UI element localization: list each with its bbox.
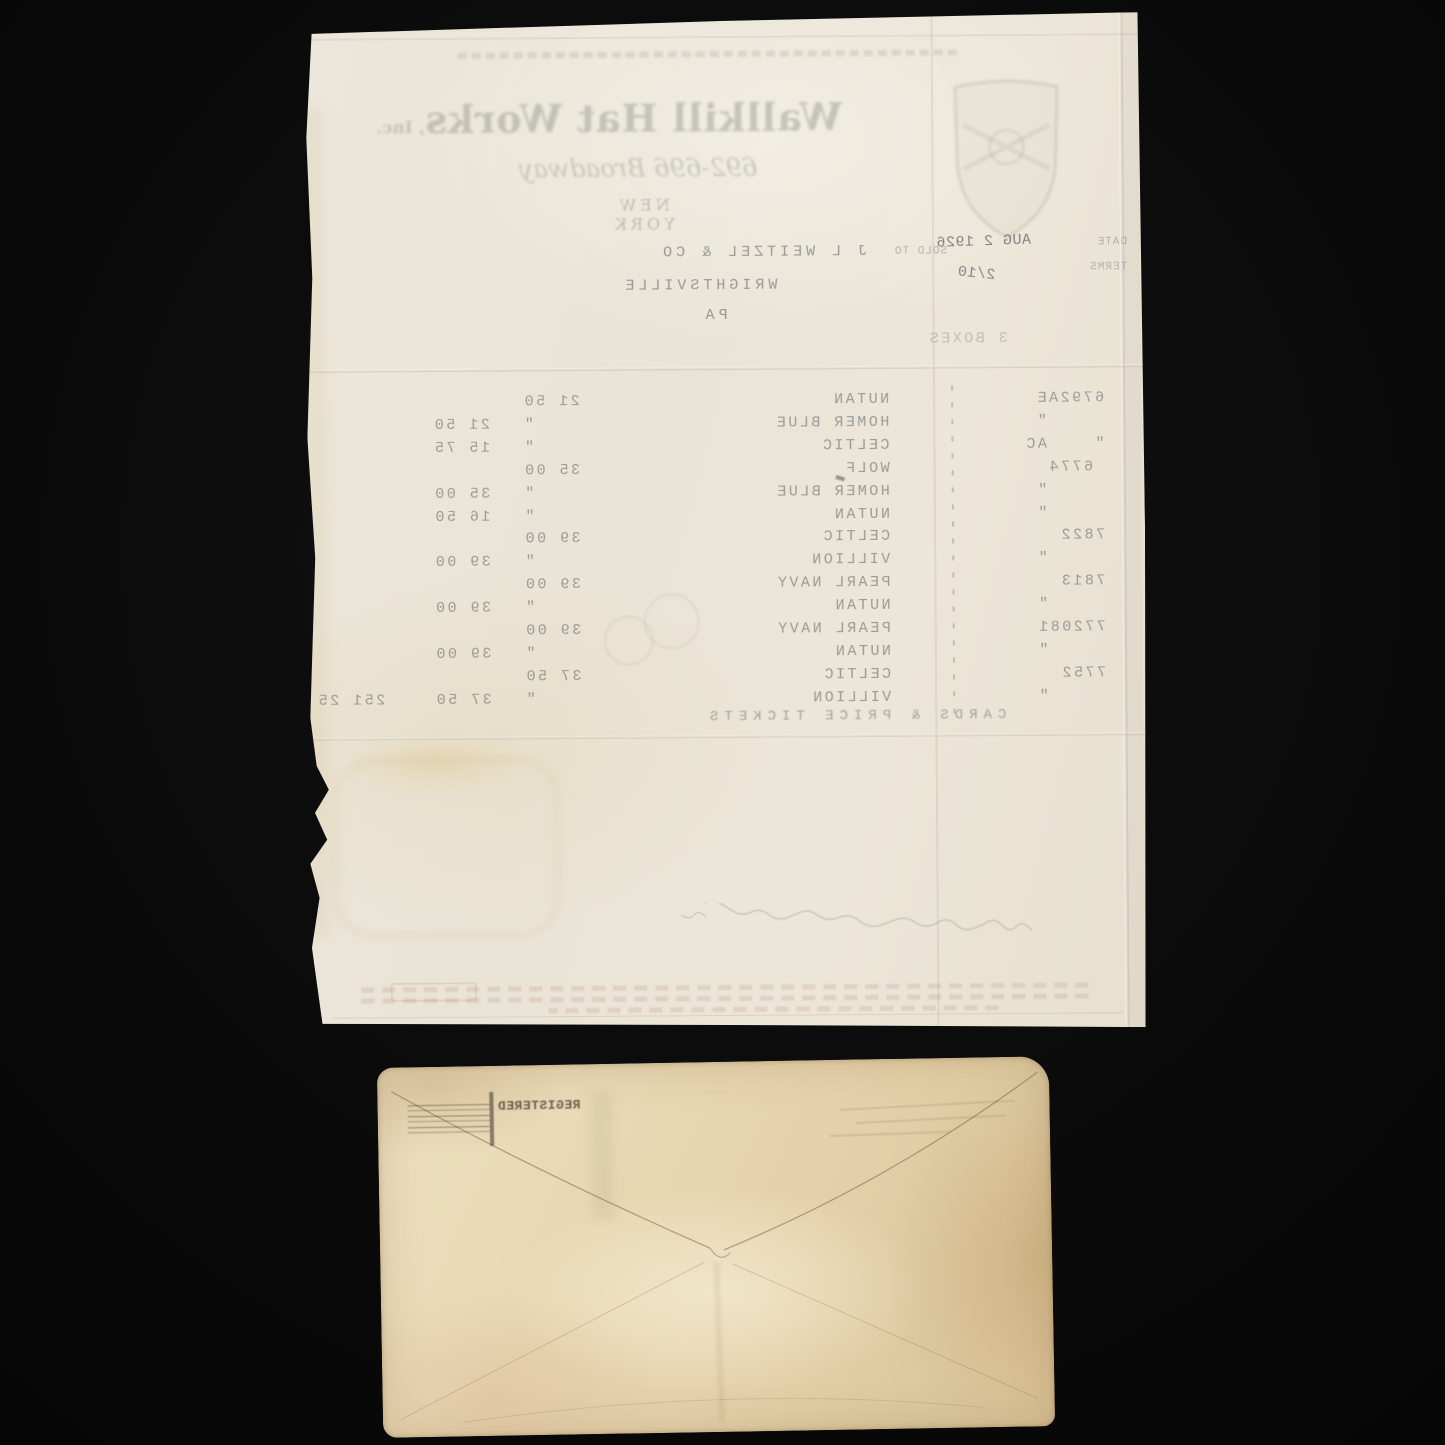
table-row: 772081PEARL NAVY39 00 — [306, 618, 1146, 644]
cell-amount — [432, 394, 508, 395]
cell-desc: VILLION — [715, 551, 890, 569]
letterhead-fineprint-smudge — [457, 49, 957, 58]
envelope-smudge — [590, 1092, 614, 1220]
envelope-back: REGISTERED — [377, 1056, 1055, 1438]
table-row: 7813PEARL NAVY39 00 — [305, 572, 1145, 598]
cell-price: " — [523, 507, 605, 525]
table-row: "HOMER BLUE"35 00 — [305, 481, 1145, 507]
cell-total — [315, 486, 400, 487]
cell-desc: NUTAN — [716, 597, 891, 615]
cell-style: " — [955, 550, 1105, 568]
cell-desc: VILLION — [716, 689, 891, 707]
cell-amount: 39 00 — [434, 645, 510, 663]
table-row: "HOMER BLUE"21 50 — [304, 412, 1144, 438]
terms-fineprint-smudge — [548, 1005, 998, 1013]
cell-desc: CELTIC — [716, 666, 891, 684]
table-row: "NUTAN"16 50 — [305, 504, 1145, 530]
invoice-sheet-back: Wallkill Hat Works, Inc. 692-696 Broadwa… — [301, 12, 1148, 1033]
cell-amount — [434, 668, 510, 669]
table-row: " ACCELTIC"15 75 — [304, 435, 1144, 461]
cell-amount: 16 50 — [433, 508, 509, 526]
cell-style: " — [955, 504, 1105, 522]
date-value: AUG 2 1926 — [936, 232, 1032, 252]
cell-price: " — [522, 416, 604, 434]
packages-note: 3 BOXES — [927, 330, 1008, 348]
table-row: "NUTAN"39 00 — [306, 595, 1146, 621]
paper-stain-outline — [332, 756, 562, 940]
table-row: 7752CELTIC37 50 — [306, 664, 1146, 690]
cell-total — [316, 623, 401, 624]
cell-total — [316, 600, 401, 601]
cell-price: 37 50 — [524, 668, 606, 686]
cell-amount: 35 00 — [433, 485, 509, 503]
table-row: "VILLION"39 00 — [305, 549, 1145, 575]
cell-total — [315, 555, 400, 556]
cell-style: " — [956, 641, 1106, 659]
table-row: "NUTAN"39 00 — [306, 641, 1146, 667]
cell-desc: CELTIC — [715, 528, 890, 546]
cell-desc: CELTIC — [714, 437, 889, 455]
cell-total — [315, 577, 400, 578]
cell-desc: PEARL NAVY — [715, 574, 890, 592]
cell-price: 21 50 — [522, 393, 604, 411]
cell-style: 7822 — [955, 527, 1105, 545]
company-name-text: Wallkill Hat Works — [424, 94, 842, 142]
cell-price: 35 00 — [523, 462, 605, 480]
cell-price: 39 00 — [524, 622, 606, 640]
letterhead-crest-icon — [945, 73, 1068, 246]
table-row: 6774WOLF35 00 — [305, 458, 1145, 484]
cell-total — [315, 463, 400, 464]
table-row: 7822CELTIC39 00 — [305, 526, 1145, 552]
cell-style: " AC — [954, 435, 1104, 453]
cell-style: 7813 — [955, 573, 1105, 591]
cell-price: " — [523, 553, 605, 571]
cell-style: " — [954, 412, 1104, 430]
cell-style: 6774 — [955, 458, 1105, 476]
terms-value: 2/10 — [957, 263, 996, 284]
table-footer-note: CARDS & PRICE TICKETS — [704, 707, 1007, 725]
cell-price: " — [524, 645, 606, 663]
company-city: NEW YORK — [583, 195, 703, 234]
cell-total — [314, 394, 399, 395]
cell-total — [315, 509, 400, 510]
registered-stamp-text: REGISTERED — [497, 1097, 580, 1113]
cell-style: " — [956, 687, 1106, 705]
cell-price: " — [523, 484, 605, 502]
cell-total — [316, 646, 401, 647]
cell-style: 772081 — [956, 618, 1106, 636]
cell-price: 39 00 — [523, 530, 605, 548]
company-name: Wallkill Hat Works, Inc. — [452, 94, 842, 142]
cell-amount: 39 00 — [434, 600, 510, 618]
sold-to-city: WRIGHTSVILLE — [621, 277, 777, 295]
form-bottom-rule — [333, 1012, 1123, 1019]
cell-style: 7752 — [956, 664, 1106, 682]
cell-desc: HOMER BLUE — [715, 482, 890, 500]
table-row: 6792AENUTAN21 50 — [304, 389, 1144, 415]
cell-price: " — [522, 439, 604, 457]
cell-amount — [433, 462, 509, 463]
cell-price: " — [524, 599, 606, 617]
cell-total — [314, 417, 399, 418]
cell-amount — [434, 623, 510, 624]
sold-to-state: PA — [701, 307, 727, 324]
cell-desc: WOLF — [715, 460, 890, 478]
cell-price: " — [524, 691, 606, 709]
company-address: 692-696 Broadway — [527, 153, 757, 184]
cell-desc: NUTAN — [716, 643, 891, 661]
cell-amount: 21 50 — [432, 416, 508, 434]
cell-amount — [433, 577, 509, 578]
cell-style: " — [955, 481, 1105, 499]
form-number-box — [391, 983, 476, 1002]
cell-total — [314, 440, 399, 441]
photo-scene: Wallkill Hat Works, Inc. 692-696 Broadwa… — [0, 0, 1445, 1445]
envelope-flap-creases — [377, 1056, 1055, 1438]
table-rows: 6792AENUTAN21 50 "HOMER BLUE"21 50" ACCE… — [301, 12, 1141, 18]
cell-amount — [433, 531, 509, 532]
cell-total — [316, 669, 401, 670]
cell-price: 39 00 — [523, 576, 605, 594]
cell-amount: 15 75 — [432, 439, 508, 457]
cell-style: " — [956, 595, 1106, 613]
cell-amount: 39 00 — [433, 554, 509, 572]
cell-total — [315, 532, 400, 533]
sold-to-name: J L WEITZEL & CO — [659, 243, 867, 261]
cell-desc: HOMER BLUE — [714, 414, 889, 432]
stamp-circle-mark — [604, 616, 654, 666]
cell-style: 6792AE — [954, 389, 1104, 407]
cell-total: 251 25 — [316, 692, 401, 710]
handwriting-squiggle — [676, 901, 1036, 950]
cell-desc: NUTAN — [714, 391, 889, 409]
cell-amount: 37 50 — [434, 691, 510, 709]
cell-desc: PEARL NAVY — [716, 620, 891, 638]
company-suffix: , Inc. — [376, 118, 425, 138]
sold-to-label: SOLD TO — [894, 245, 947, 257]
cell-desc: NUTAN — [715, 505, 890, 523]
